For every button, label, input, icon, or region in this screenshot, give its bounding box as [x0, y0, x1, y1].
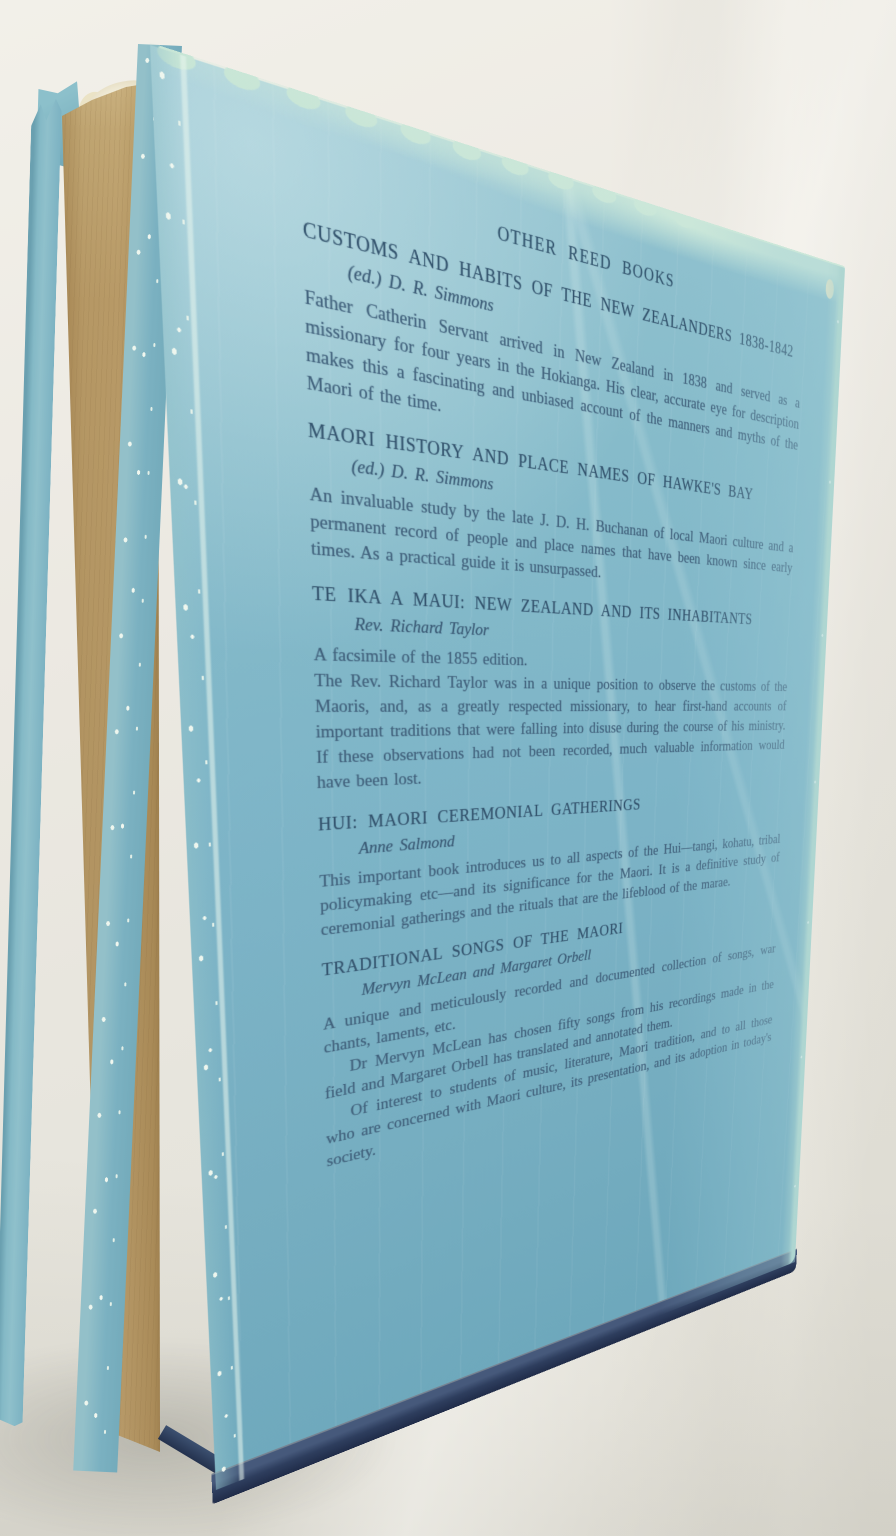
section-paragraph: The Rev. Richard Taylor was in a unique … [314, 668, 788, 796]
book: OTHER REED BOOKS CUSTOMS AND HABITS OF T… [0, 0, 896, 1536]
back-cover: OTHER REED BOOKS CUSTOMS AND HABITS OF T… [150, 45, 845, 1490]
dust-jacket-flap-edge [0, 96, 62, 1426]
back-cover-text: OTHER REED BOOKS CUSTOMS AND HABITS OF T… [299, 93, 806, 1173]
photo-scene: OTHER REED BOOKS CUSTOMS AND HABITS OF T… [0, 0, 896, 1536]
book-section: TE IKA A MAUI: NEW ZEALAND AND ITS INHAB… [312, 580, 791, 795]
